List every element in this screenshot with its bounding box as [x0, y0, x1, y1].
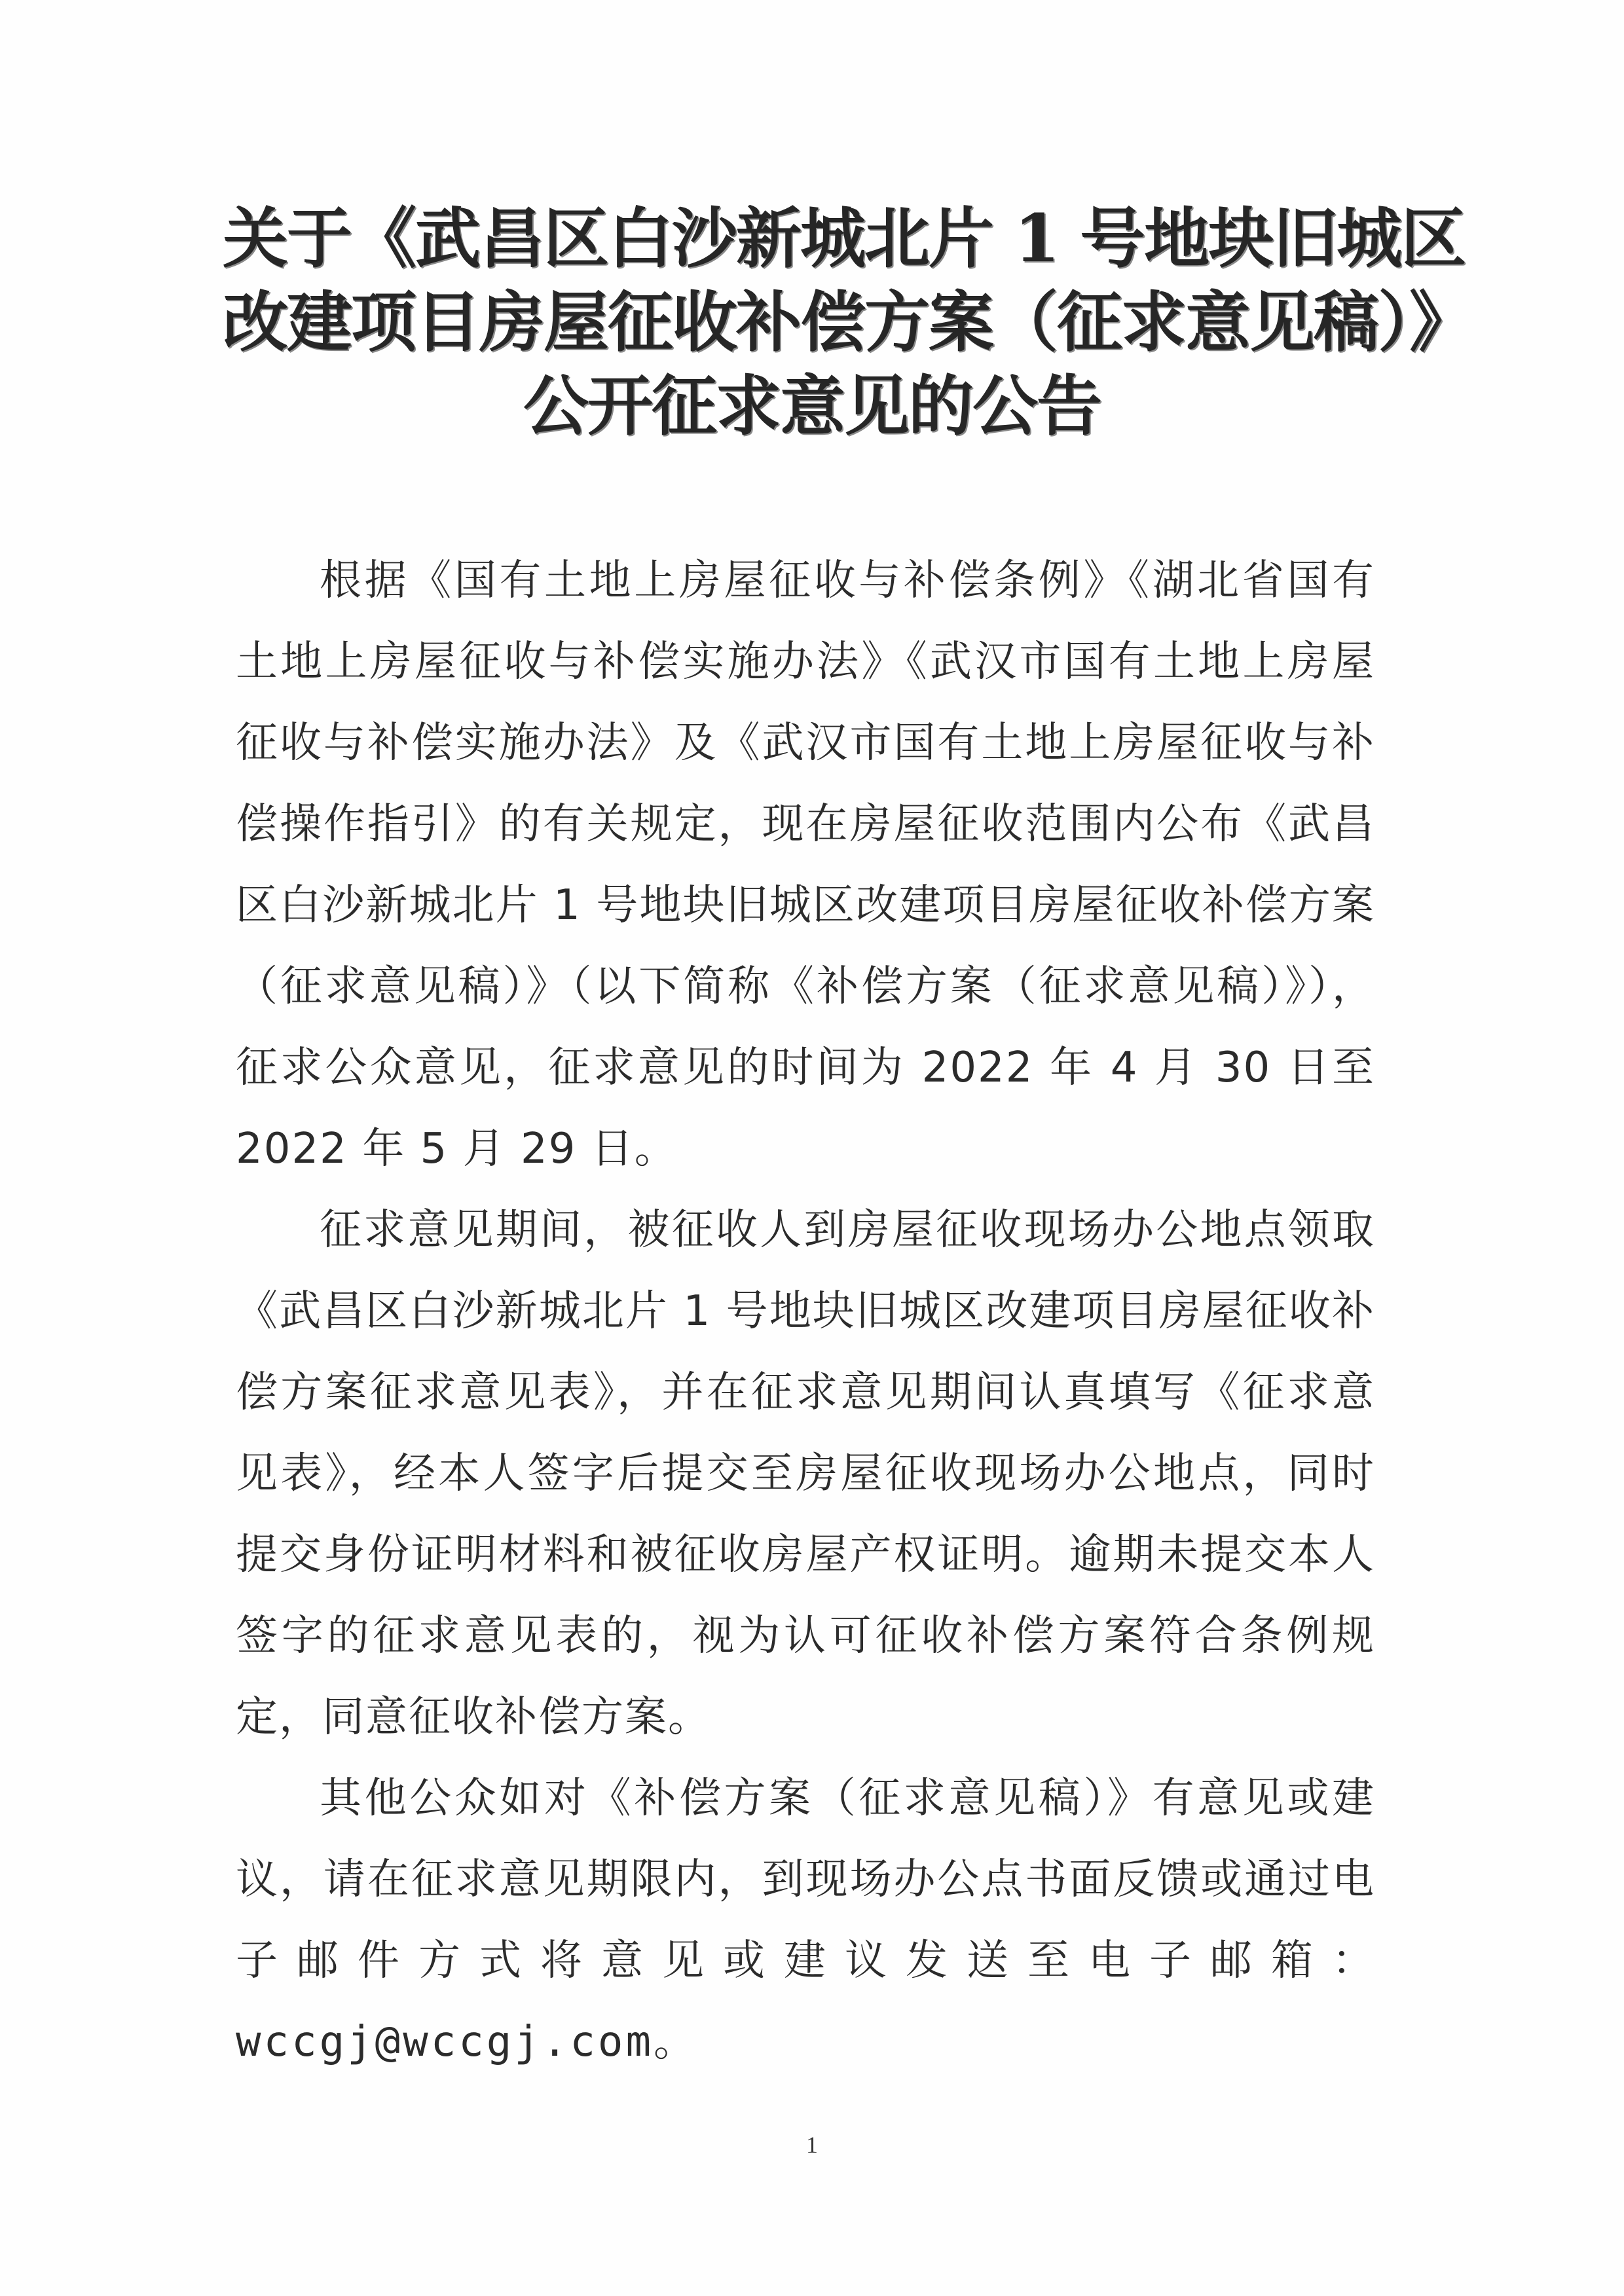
paragraph-legal-basis: 根据《国有土地上房屋征收与补偿条例》《湖北省国有土地上房屋征收与补偿实施办法》《… [236, 540, 1375, 1190]
title-line-1: 关于《武昌区白沙新城北片 1 号地块旧城区 [223, 196, 1401, 280]
contact-email: wccgj@wccgj.com [236, 2018, 654, 2066]
paragraph-public-feedback: 其他公众如对《补偿方案（征求意见稿）》有意见或建议，请在征求意见期限内，到现场办… [236, 1758, 1375, 2083]
email-suffix: 。 [654, 2018, 697, 2066]
document-body: 根据《国有土地上房屋征收与补偿条例》《湖北省国有土地上房屋征收与补偿实施办法》《… [236, 540, 1375, 2083]
document-page: 关于《武昌区白沙新城北片 1 号地块旧城区 改建项目房屋征收补偿方案（征求意见稿… [0, 0, 1624, 2296]
public-feedback-text: 其他公众如对《补偿方案（征求意见稿）》有意见或建议，请在征求意见期限内，到现场办… [236, 1774, 1375, 1985]
document-title: 关于《武昌区白沙新城北片 1 号地块旧城区 改建项目房屋征收补偿方案（征求意见稿… [223, 196, 1401, 448]
paragraph-consultation-procedure: 征求意见期间，被征收人到房屋征收现场办公地点领取《武昌区白沙新城北片 1 号地块… [236, 1190, 1375, 1758]
title-line-2: 改建项目房屋征收补偿方案（征求意见稿）》 [223, 280, 1401, 364]
page-number: 1 [0, 2131, 1624, 2159]
title-line-3: 公开征求意见的公告 [223, 364, 1401, 448]
